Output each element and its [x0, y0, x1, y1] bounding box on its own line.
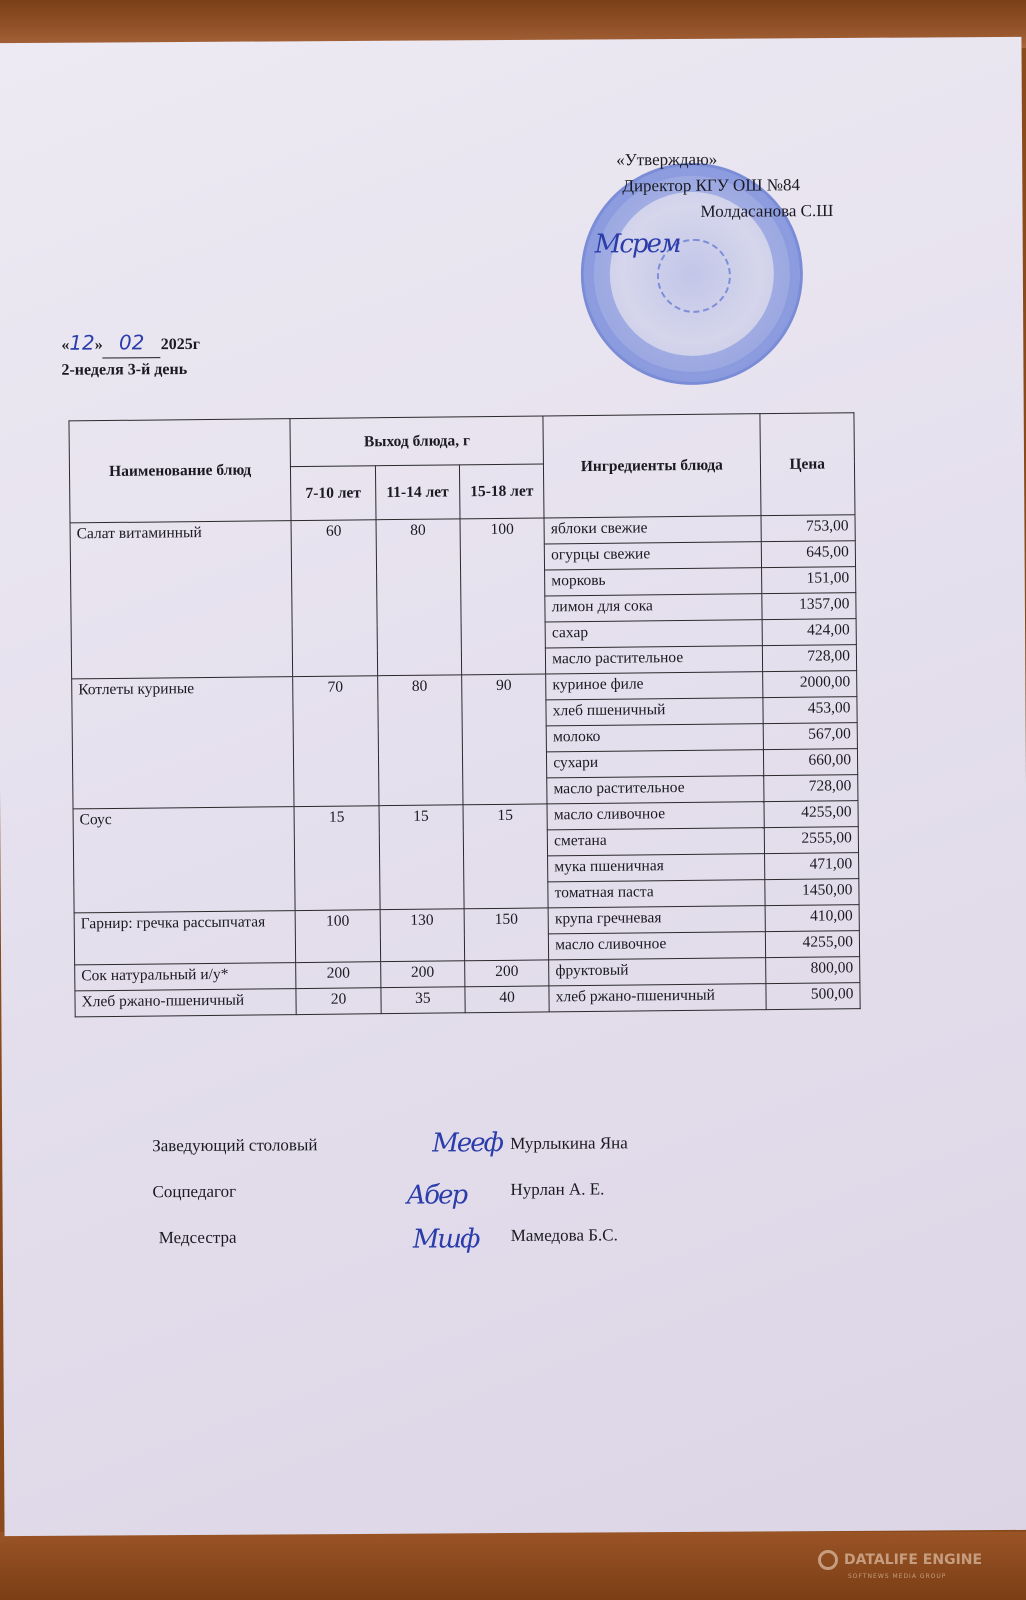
dish-output: 15 [463, 804, 548, 909]
dish-output: 80 [376, 519, 462, 676]
approval-title: «Утверждаю» [596, 146, 896, 174]
ingredient-name: сухари [547, 750, 764, 778]
dish-output: 200 [465, 960, 550, 987]
header-ingredients: Ингредиенты блюда [543, 414, 760, 518]
signer-name: Мурлыкина Яна [510, 1133, 628, 1154]
dish-name: Хлеб ржано-пшеничный [75, 989, 297, 1017]
ingredient-price: 453,00 [762, 697, 857, 724]
signer-name: Нурлан А. Е. [510, 1179, 604, 1200]
ingredient-name: масло растительное [547, 776, 764, 804]
signature-social-teacher: Абер [406, 1180, 466, 1210]
header-age-11-14: 11-14 лет [375, 465, 460, 520]
director-signature: Мсрем [595, 229, 680, 260]
ingredient-name: огурцы свежие [544, 542, 761, 570]
dish-output: 150 [464, 908, 549, 961]
ingredient-price: 471,00 [764, 853, 859, 880]
approval-position: Директор КГУ ОШ №84 [596, 172, 896, 200]
datalife-logo-icon [818, 1550, 838, 1570]
week-day-label: 2-неделя 3-й день [61, 358, 200, 383]
dish-output: 35 [381, 987, 466, 1014]
ingredient-name: морковь [545, 568, 762, 596]
ingredient-price: 4255,00 [764, 801, 859, 828]
header-age-15-18: 15-18 лет [459, 464, 544, 519]
ingredient-name: фруктовый [549, 958, 766, 986]
dish-output: 130 [380, 909, 465, 962]
dish-name: Соус [73, 807, 295, 913]
ingredient-price: 728,00 [762, 645, 857, 672]
ingredient-price: 645,00 [761, 541, 856, 568]
dish-name: Гарнир: гречка рассыпчатая [74, 911, 296, 965]
dish-name: Котлеты куриные [72, 677, 295, 809]
ingredient-price: 753,00 [761, 515, 856, 542]
dish-output: 40 [465, 986, 550, 1013]
ingredient-name: хлеб пшеничный [546, 698, 763, 726]
signer-name: Мамедова Б.С. [511, 1225, 618, 1246]
ingredient-price: 410,00 [765, 905, 860, 932]
approval-block: «Утверждаю» Директор КГУ ОШ №84 Молдасан… [596, 146, 896, 226]
date-month: 02 [119, 330, 145, 354]
ingredient-price: 567,00 [763, 723, 858, 750]
dish-output: 80 [377, 675, 463, 806]
ingredient-price: 151,00 [761, 567, 856, 594]
signature-canteen-head: Мееф [432, 1128, 502, 1158]
signature-nurse: Мшф [413, 1224, 479, 1254]
ingredient-price: 2555,00 [764, 827, 859, 854]
ingredient-name: молоко [546, 724, 763, 752]
dish-name: Салат витаминный [70, 521, 293, 679]
dish-output: 100 [460, 518, 546, 675]
header-price: Цена [759, 413, 855, 516]
ingredient-price: 4255,00 [765, 931, 860, 958]
date-day: 12 [69, 331, 95, 355]
signer-role: Медсестра [159, 1228, 237, 1248]
ingredient-price: 1450,00 [764, 879, 859, 906]
ingredient-name: хлеб ржано-пшеничный [549, 984, 766, 1012]
document-date: «12»022025г 2-неделя 3-й день [61, 330, 200, 383]
ingredient-price: 2000,00 [762, 671, 857, 698]
menu-table: Наименование блюд Выход блюда, г Ингреди… [68, 412, 860, 1017]
ingredient-name: сахар [545, 620, 762, 648]
ingredient-name: лимон для сока [545, 594, 762, 622]
ingredient-name: крупа гречневая [548, 906, 765, 934]
date-year: 2025г [161, 336, 200, 353]
dish-output: 70 [293, 676, 379, 807]
ingredient-price: 728,00 [763, 775, 858, 802]
ingredient-price: 1357,00 [761, 593, 856, 620]
watermark: DATALIFE ENGINE SOFTNEWS MEDIA GROUP [818, 1550, 982, 1584]
approval-name: Молдасанова С.Ш [596, 198, 896, 226]
ingredient-name: масло сливочное [547, 802, 764, 830]
ingredient-name: масло растительное [546, 646, 763, 674]
header-output: Выход блюда, г [290, 416, 543, 467]
ingredient-name: куриное филе [546, 672, 763, 700]
dish-output: 15 [379, 805, 464, 910]
dish-output: 15 [294, 806, 379, 911]
dish-name: Сок натуральный и/у* [75, 963, 297, 991]
dish-output: 90 [462, 674, 548, 805]
dish-output: 60 [291, 520, 377, 677]
header-dish-name: Наименование блюд [69, 419, 291, 523]
ingredient-price: 800,00 [765, 957, 860, 984]
signer-role: Соцпедагог [152, 1182, 236, 1203]
header-age-7-10: 7-10 лет [291, 466, 376, 521]
ingredient-name: томатная паста [548, 880, 765, 908]
ingredient-name: масло сливочное [549, 932, 766, 960]
ingredient-name: яблоки свежие [544, 516, 761, 544]
dish-output: 20 [296, 988, 381, 1015]
dish-output: 200 [296, 962, 381, 989]
dish-output: 200 [380, 961, 465, 988]
signer-role: Заведующий столовый [152, 1135, 317, 1156]
ingredient-price: 500,00 [765, 983, 860, 1010]
ingredient-name: мука пшеничная [548, 854, 765, 882]
document-page: «Утверждаю» Директор КГУ ОШ №84 Молдасан… [0, 37, 1026, 1536]
ingredient-price: 660,00 [763, 749, 858, 776]
ingredient-price: 424,00 [762, 619, 857, 646]
ingredient-name: сметана [547, 828, 764, 856]
dish-output: 100 [295, 910, 380, 963]
